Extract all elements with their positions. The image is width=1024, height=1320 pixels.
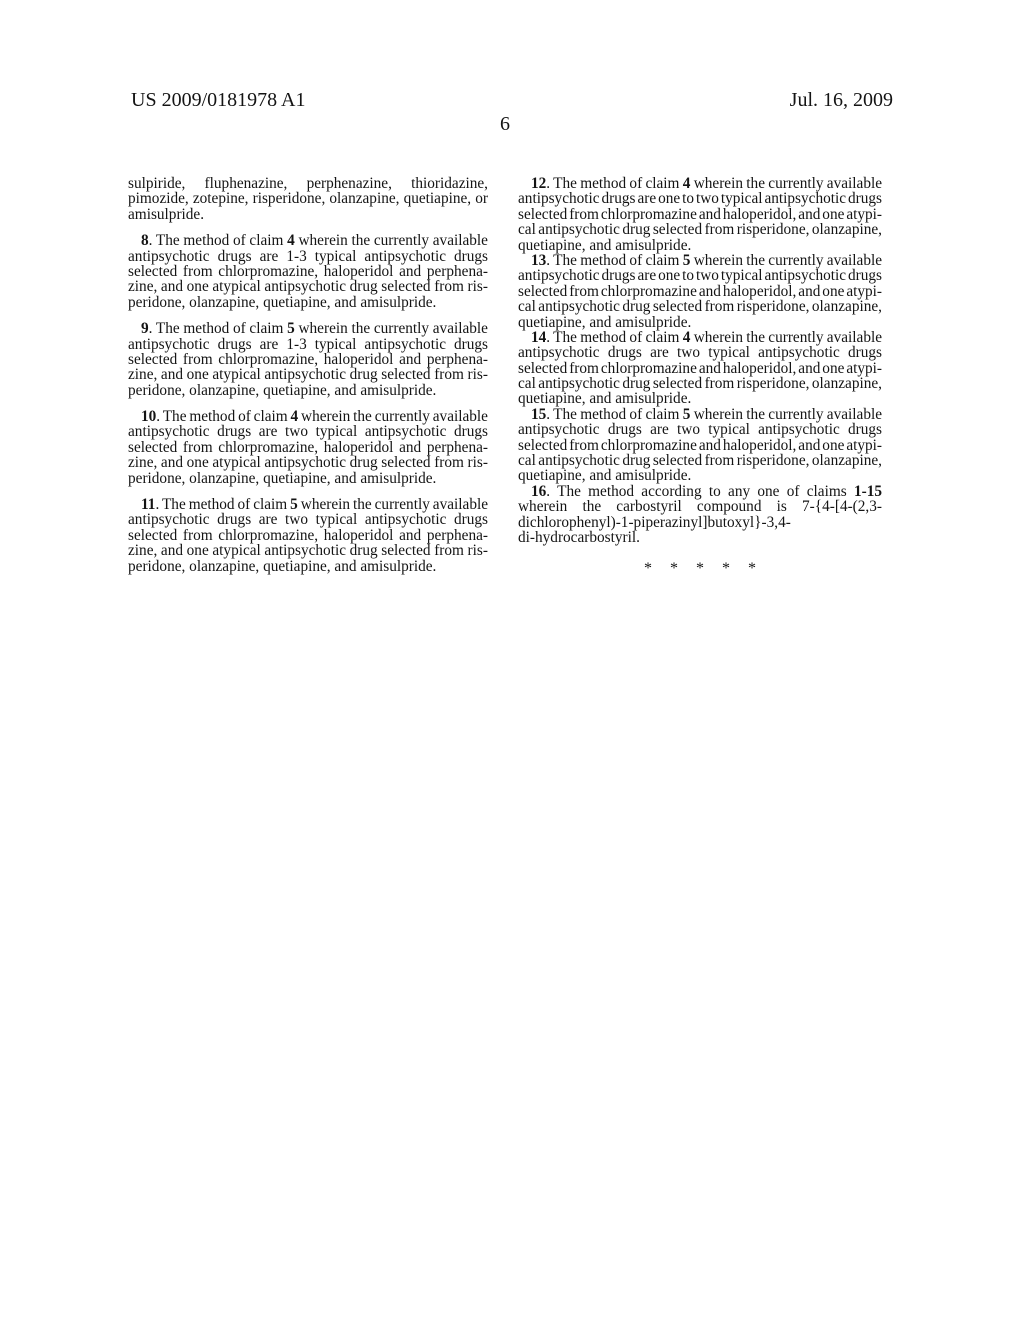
text-line: antipsychotic drugs are one to two typic… [518,191,882,206]
text-line: selected from chlorpromazine, haloperido… [128,264,488,279]
text-line: antipsychotic drugs are 1-3 typical anti… [128,337,488,352]
text-line: dichlorophenyl)-1-piperazinyl]butoxyl}-3… [518,515,882,530]
claim-13-paragraph: 13. The method of claim 5 wherein the cu… [518,253,882,330]
text-line: sulpiride, fluphenazine, perphenazine, t… [128,176,488,191]
text-line: 9. The method of claim 5 wherein the cur… [128,321,488,336]
claim-15-paragraph: 15. The method of claim 5 wherein the cu… [518,407,882,484]
text-line: peridone, olanzapine, quetiapine, and am… [128,559,488,574]
text-line: selected from chlorpromazine and haloper… [518,361,882,376]
claim-9-paragraph: 9. The method of claim 5 wherein the cur… [128,321,488,398]
text-line: 13. The method of claim 5 wherein the cu… [518,253,882,268]
text-line: peridone, olanzapine, quetiapine, and am… [128,295,488,310]
text-line: zine, and one atypical antipsychotic dru… [128,367,488,382]
text-line: zine, and one atypical antipsychotic dru… [128,543,488,558]
text-line: antipsychotic drugs are two typical anti… [128,512,488,527]
text-line: selected from chlorpromazine, haloperido… [128,352,488,367]
text-line: wherein the carbostyril compound is 7-{4… [518,499,882,514]
text-line: selected from chlorpromazine and haloper… [518,438,882,453]
text-line: quetiapine, and amisulpride. [518,468,882,483]
text-line: peridone, olanzapine, quetiapine, and am… [128,471,488,486]
text-line: quetiapine, and amisulpride. [518,391,882,406]
continuation-paragraph: sulpiride, fluphenazine, perphenazine, t… [128,176,488,222]
page-number: 6 [500,113,510,135]
text-line: zine, and one atypical antipsychotic dru… [128,455,488,470]
text-line: 14. The method of claim 4 wherein the cu… [518,330,882,345]
claim-11-paragraph: 11. The method of claim 5 wherein the cu… [128,497,488,574]
text-line: selected from chlorpromazine and haloper… [518,284,882,299]
text-line: cal antipsychotic drug selected from ris… [518,453,882,468]
text-line: 8. The method of claim 4 wherein the cur… [128,233,488,248]
text-line: selected from chlorpromazine, haloperido… [128,528,488,543]
text-line: 15. The method of claim 5 wherein the cu… [518,407,882,422]
text-line: di-hydrocarbostyril. [518,530,882,545]
text-line: zine, and one atypical antipsychotic dru… [128,279,488,294]
text-line: antipsychotic drugs are two typical anti… [518,345,882,360]
publication-date: Jul. 16, 2009 [790,89,893,111]
text-line: selected from chlorpromazine and haloper… [518,207,882,222]
text-line: peridone, olanzapine, quetiapine, and am… [128,383,488,398]
text-line: quetiapine, and amisulpride. [518,315,882,330]
text-line: amisulpride. [128,207,488,222]
text-line: cal antipsychotic drug selected from ris… [518,376,882,391]
claim-10-paragraph: 10. The method of claim 4 wherein the cu… [128,409,488,486]
text-line: quetiapine, and amisulpride. [518,238,882,253]
text-line: antipsychotic drugs are two typical anti… [128,424,488,439]
claim-8-paragraph: 8. The method of claim 4 wherein the cur… [128,233,488,310]
text-line: antipsychotic drugs are two typical anti… [518,422,882,437]
text-line: cal antipsychotic drug selected from ris… [518,222,882,237]
claim-12-paragraph: 12. The method of claim 4 wherein the cu… [518,176,882,253]
text-line: antipsychotic drugs are 1-3 typical anti… [128,249,488,264]
text-line: pimozide, zotepine, risperidone, olanzap… [128,191,488,206]
text-line: 16. The method according to any one of c… [518,484,882,499]
publication-number: US 2009/0181978 A1 [131,89,305,111]
text-line: 10. The method of claim 4 wherein the cu… [128,409,488,424]
claim-16-paragraph: 16. The method according to any one of c… [518,484,882,546]
text-line: cal antipsychotic drug selected from ris… [518,299,882,314]
left-column: sulpiride, fluphenazine, perphenazine, t… [128,176,488,574]
text-line: antipsychotic drugs are one to two typic… [518,268,882,283]
text-line: 12. The method of claim 4 wherein the cu… [518,176,882,191]
patent-page: US 2009/0181978 A1 Jul. 16, 2009 6 sulpi… [0,0,1024,1320]
end-of-claims-asterisks: * * * * * [518,560,882,578]
claim-14-paragraph: 14. The method of claim 4 wherein the cu… [518,330,882,407]
text-line: selected from chlorpromazine, haloperido… [128,440,488,455]
text-line: 11. The method of claim 5 wherein the cu… [128,497,488,512]
right-column: 12. The method of claim 4 wherein the cu… [518,176,882,545]
